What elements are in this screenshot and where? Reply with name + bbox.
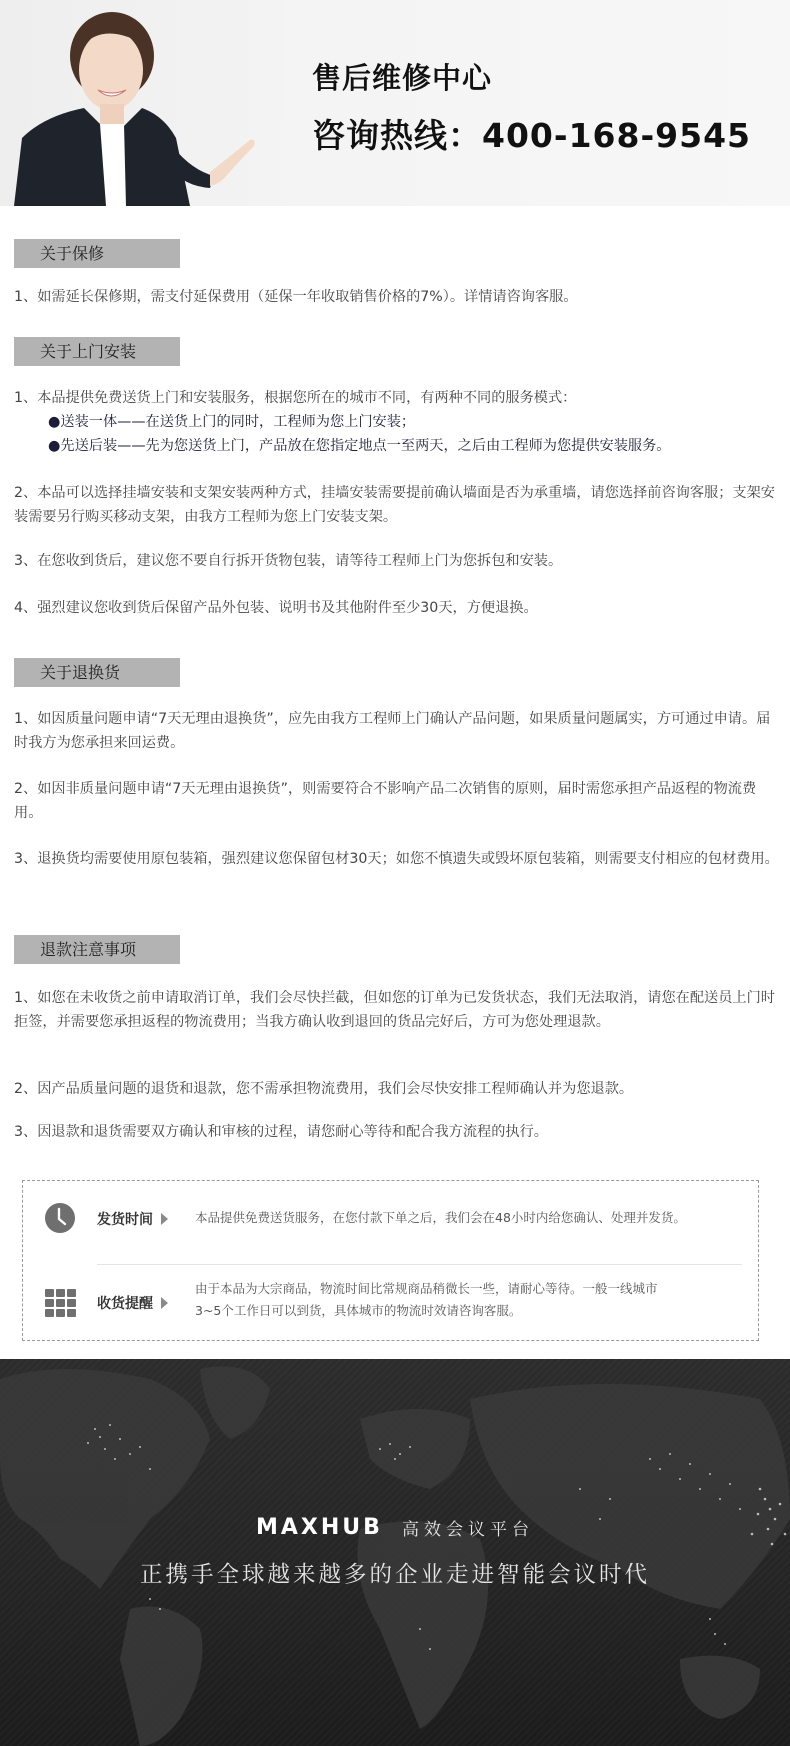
grid-icon: [45, 1289, 76, 1317]
refunds-item-1: 1、如您在未收货之前申请取消订单，我们会尽快拦截，但如您的订单为已发货状态，我们…: [14, 986, 779, 1034]
info-label-delivery-reminder: 收货提醒: [97, 1293, 168, 1313]
info-text-delivery-reminder: 由于本品为大宗商品，物流时间比常规商品稍微长一些，请耐心等待。一般一线城市 3~…: [195, 1278, 658, 1322]
clock-icon: [45, 1203, 75, 1233]
brand-slogan: 正携手全球越来越多的企业走进智能会议时代: [0, 1557, 790, 1589]
returns-item-3: 3、退换货均需要使用原包装箱，强烈建议您保留包材30天；如您不慎遗失或毁坏原包装…: [14, 847, 779, 871]
section-heading-warranty: 关于保修: [14, 239, 180, 268]
installation-item-4: 4、强烈建议您收到货后保留产品外包装、说明书及其他附件至少30天，方便退换。: [14, 596, 784, 620]
installation-mode-2: ●先送后装——先为您送货上门，产品放在您指定地点一至两天，之后由工程师为您提供安…: [14, 434, 784, 458]
warranty-item-1: 1、如需延长保修期，需支付延保费用（延保一年收取销售价格的7%）。详情请咨询客服…: [14, 285, 784, 309]
info-label-shipping-time: 发货时间: [97, 1209, 168, 1229]
triangle-right-icon: [161, 1297, 168, 1309]
hero-banner: 售后维修中心 咨询热线：400-168-9545: [0, 0, 790, 206]
triangle-right-icon: [161, 1213, 168, 1225]
brand-logo: MAXHUB: [256, 1515, 383, 1540]
shipping-info-box: 发货时间 本品提供免费送货服务，在您付款下单之后，我们会在48小时内给您确认、处…: [22, 1180, 759, 1341]
brand-banner: MAXHUB 高效会议平台 正携手全球越来越多的企业走进智能会议时代: [0, 1359, 790, 1746]
hotline: 咨询热线：400-168-9545: [312, 110, 751, 157]
installation-mode-1: ●送装一体——在送货上门的同时，工程师为您上门安装；: [14, 410, 784, 434]
service-agent-image: [14, 8, 264, 206]
section-heading-refunds: 退款注意事项: [14, 935, 180, 964]
brand-tagline: 高效会议平台: [402, 1520, 534, 1540]
refunds-item-2: 2、因产品质量问题的退货和退款，您不需承担物流费用，我们会尽快安排工程师确认并为…: [14, 1077, 784, 1101]
installation-item-2: 2、本品可以选择挂墙安装和支架安装两种方式，挂墙安装需要提前确认墙面是否为承重墙…: [14, 481, 779, 529]
divider: [97, 1264, 742, 1265]
returns-item-1: 1、如因质量问题申请“7天无理由退换货”，应先由我方工程师上门确认产品问题，如果…: [14, 707, 779, 755]
hotline-label: 咨询热线：: [312, 116, 482, 155]
hotline-number: 400-168-9545: [482, 116, 751, 155]
section-heading-returns: 关于退换货: [14, 658, 180, 687]
installation-item-3: 3、在您收到货后，建议您不要自行拆开货物包装，请等待工程师上门为您拆包和安装。: [14, 549, 784, 573]
brand-row: MAXHUB 高效会议平台: [0, 1515, 790, 1540]
refunds-item-3: 3、因退款和退货需要双方确认和审核的过程，请您耐心等待和配合我方流程的执行。: [14, 1120, 784, 1144]
installation-item-1: 1、本品提供免费送货上门和安装服务，根据您所在的城市不同，有两种不同的服务模式：…: [14, 386, 784, 458]
info-text-shipping-time: 本品提供免费送货服务，在您付款下单之后，我们会在48小时内给您确认、处理并发货。: [195, 1207, 686, 1229]
world-map-graphic: [0, 1359, 790, 1746]
page-title: 售后维修中心: [312, 56, 492, 97]
returns-item-2: 2、如因非质量问题申请“7天无理由退换货”，则需要符合不影响产品二次销售的原则，…: [14, 777, 779, 825]
installation-item-1-text: 1、本品提供免费送货上门和安装服务，根据您所在的城市不同，有两种不同的服务模式：: [14, 390, 576, 406]
section-heading-installation: 关于上门安装: [14, 337, 180, 366]
